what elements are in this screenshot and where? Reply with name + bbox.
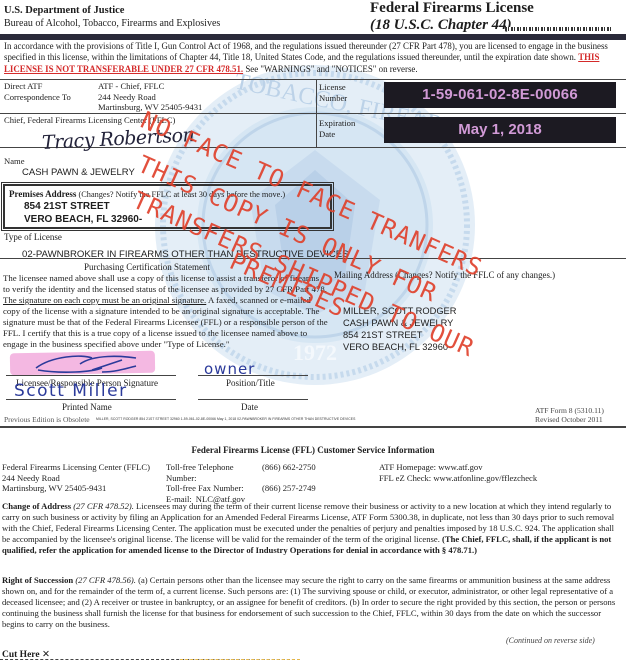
licensee-name: CASH PAWN & JEWELRY — [22, 167, 135, 178]
continued-note: (Continued on reverse side) — [506, 636, 595, 646]
web-links: ATF Homepage: www.atf.gov FFL eZ Check: … — [379, 462, 537, 483]
license-number: 1-59-061-02-8E-00066 — [384, 82, 616, 108]
premises-address-line2: VERO BEACH, FL 32960- — [24, 214, 142, 226]
form-number: ATF Form 8 (5310.11) Revised October 201… — [535, 406, 604, 425]
premises-address-line1: 854 21ST STREET — [24, 201, 110, 213]
contact-numbers: Toll-free Telephone Number:(866) 662-275… — [166, 462, 316, 505]
microprint-line: MILLER, SCOTT RODGER 854 21ST STREET 329… — [96, 417, 355, 421]
divider — [316, 79, 317, 147]
chief-label: Chief, Federal Firearms Licensing Center… — [4, 115, 175, 125]
change-of-address-notice: Change of Address (27 CFR 478.52). Licen… — [2, 501, 622, 556]
ez-check-link[interactable]: FFL eZ Check: www.atfonline.gov/fflezche… — [379, 473, 537, 484]
divider — [0, 113, 626, 114]
expiration-date-label: ExpirationDate — [319, 118, 355, 139]
certification-statement: The licensee named above shall use a cop… — [3, 273, 328, 350]
premises-address-label: Premises Address (Changes? Notify the FF… — [9, 189, 285, 200]
printed-name-line — [6, 399, 176, 400]
position-line — [198, 375, 308, 376]
license-type: 02-PAWNBROKER IN FIREARMS OTHER THAN DES… — [22, 249, 349, 261]
document-subtitle: (18 U.S.C. Chapter 44) — [370, 16, 512, 34]
barcode — [505, 27, 613, 31]
license-number-label: LicenseNumber — [319, 82, 347, 103]
header-divider — [0, 34, 626, 40]
mailing-address: MILLER, SCOTT RODGER CASH PAWN & JEWELRY… — [343, 305, 456, 353]
correspondence-label: Direct ATF Correspondence To — [4, 81, 94, 102]
customer-service-title: Federal Firearms License (FFL) Customer … — [0, 445, 626, 456]
name-label: Name — [4, 156, 25, 166]
date-line[interactable] — [198, 399, 308, 400]
divider — [0, 79, 626, 80]
fax-number: (866) 257-2749 — [262, 483, 316, 494]
previous-edition-note: Previous Edition is Obsolete — [4, 415, 90, 424]
intro-paragraph: In accordance with the provisions of Tit… — [4, 41, 622, 75]
atf-homepage-link[interactable]: ATF Homepage: www.atf.gov — [379, 462, 537, 473]
document-title: Federal Firearms License — [370, 0, 534, 17]
date-label: Date — [241, 402, 258, 413]
phone-number[interactable]: (866) 662-2750 — [262, 462, 316, 483]
section-divider — [0, 426, 626, 428]
fflc-address: Federal Firearms Licensing Center (FFLC)… — [2, 462, 150, 494]
license-type-label: Type of License — [4, 232, 62, 243]
mailing-address-label: Mailing Address (Changes? Notify the FFL… — [334, 270, 555, 281]
correspondence-address: ATF - Chief, FFLC 244 Needy Road Martins… — [98, 81, 202, 113]
signature-line — [6, 375, 176, 376]
department-name: U.S. Department of Justice — [4, 5, 124, 18]
right-of-succession-notice: Right of Succession (27 CFR 478.56). (a)… — [2, 575, 622, 630]
chief-signature: Tracy Robertson — [42, 124, 195, 155]
position-label: Position/Title — [226, 378, 275, 389]
printed-name-label: Printed Name — [62, 402, 112, 413]
expiration-date: May 1, 2018 — [384, 117, 616, 143]
licensee-signature[interactable] — [32, 352, 142, 376]
bureau-name: Bureau of Alcohol, Tobacco, Firearms and… — [4, 18, 220, 30]
certification-title: Purchasing Certification Statement — [84, 262, 210, 273]
